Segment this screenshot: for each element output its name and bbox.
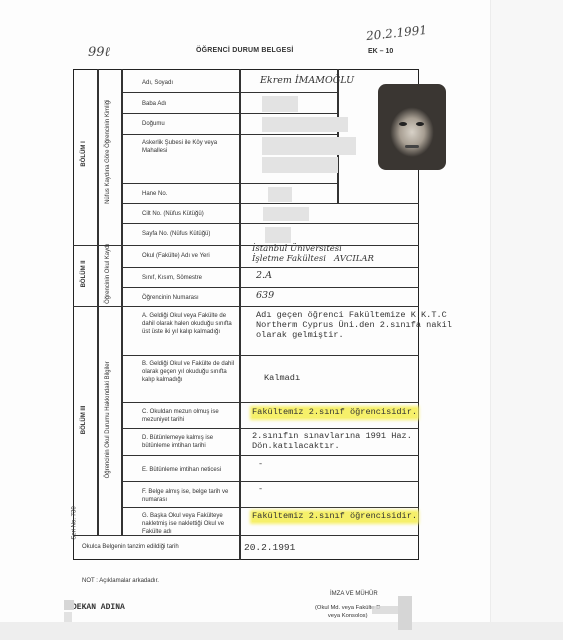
value-row-f: - bbox=[258, 485, 263, 495]
label-name: Adı, Soyadı bbox=[142, 79, 173, 87]
label-row-e: E. Bütünleme imtihan neticesi bbox=[142, 466, 221, 474]
redacted-page-no bbox=[265, 227, 291, 243]
signature-sub-line2: veya Konsolos) bbox=[315, 612, 380, 620]
redacted-father-name bbox=[262, 96, 298, 112]
redacted-house-no bbox=[268, 187, 292, 202]
label-house-no: Hane No. bbox=[142, 190, 167, 198]
label-class: Sınıf, Kısım, Sömestre bbox=[142, 274, 202, 282]
redaction-pixels-right-2 bbox=[372, 606, 400, 614]
value-student-number: 639 bbox=[256, 290, 274, 301]
label-row-c: C. Okuldan mezun olmuş ise mezuniyet tar… bbox=[142, 408, 236, 424]
value-row-a: Adı geçen öğrenci Fakültemize K.K.T.C No… bbox=[256, 311, 452, 341]
section3-label: BÖLÜM III bbox=[81, 390, 89, 450]
value-issue-date: 20.2.1991 bbox=[244, 543, 295, 554]
section1-label: BÖLÜM I bbox=[81, 124, 89, 184]
section3-sublabel: Öğrencinin Okul Durumu Hakkındaki Bilgil… bbox=[105, 340, 113, 500]
redaction-pixels-left-2 bbox=[64, 612, 72, 622]
student-photo bbox=[378, 84, 446, 170]
value-row-g-highlighted: Fakültemiz 2.sınıf öğrencisidir. bbox=[252, 512, 417, 522]
label-row-g: G. Başka Okul veya Fakülteye nakletmiş i… bbox=[142, 512, 238, 536]
redacted-birth bbox=[262, 117, 348, 132]
label-page-no: Sayfa No. (Nüfus Kütüğü) bbox=[142, 230, 210, 238]
value-row-c-highlighted: Fakültemiz 2.sınıf öğrencisidir. bbox=[252, 408, 417, 418]
signature-sub-line1: (Okul Md. veya Fakülte D bbox=[315, 604, 380, 612]
label-issue-date: Okulca Belgenin tanzim edildiği tarih bbox=[82, 543, 179, 551]
page-edge bbox=[0, 622, 563, 640]
page-margin bbox=[490, 0, 563, 640]
redaction-pixels-right bbox=[398, 596, 412, 630]
section2-sublabel: Öğrencinin Okul Kaydı bbox=[105, 244, 113, 304]
redacted-volume-no bbox=[263, 207, 309, 221]
label-student-number: Öğrencinin Numarası bbox=[142, 294, 199, 302]
label-row-b: B. Geldiği Okul ve Fakülte de dahil olar… bbox=[142, 360, 236, 384]
value-row-e: - bbox=[258, 460, 263, 470]
redacted-military-branch-1 bbox=[262, 137, 356, 155]
handwritten-number: 99ℓ bbox=[88, 44, 110, 60]
value-row-d: 2.sınıfın sınavlarına 1991 Haz. Dön.katı… bbox=[252, 432, 412, 452]
label-military-branch: Askerlik Şubesi ile Köy veya Mahallesi bbox=[142, 139, 234, 155]
value-row-b: Kalmadı bbox=[264, 374, 300, 384]
value-school-line1: İstanbul Üniversitesi bbox=[252, 244, 342, 254]
redacted-military-branch-2 bbox=[262, 157, 338, 173]
label-birth: Doğumu bbox=[142, 120, 165, 128]
serial-number: Seri No. 730 bbox=[72, 506, 78, 539]
section2-label: BÖLÜM II bbox=[81, 244, 89, 304]
signature-title: İMZA VE MÜHÜR bbox=[330, 591, 378, 597]
label-school: Okul (Fakülte) Adı ve Yeri bbox=[142, 252, 210, 260]
form-code: EK – 10 bbox=[368, 48, 393, 55]
handwritten-date: 20.2.1991 bbox=[365, 23, 427, 43]
value-name: Ekrem İMAMOĞLU bbox=[260, 75, 354, 86]
label-row-d: D. Bütünlemeye kalmış ise bütünleme imti… bbox=[142, 434, 236, 450]
signature-subtitle: (Okul Md. veya Fakülte D veya Konsolos) bbox=[315, 604, 380, 620]
dekan-signature: DEKAN ADINA bbox=[72, 603, 125, 612]
value-class: 2.A bbox=[256, 270, 272, 281]
label-father-name: Baba Adı bbox=[142, 100, 166, 108]
value-school-line2: İşletme Fakültesi AVCILAR bbox=[252, 254, 374, 264]
document-title: ÖĞRENCİ DURUM BELGESİ bbox=[196, 47, 294, 54]
redaction-pixels-left bbox=[64, 600, 74, 610]
section1-sublabel: Nüfus Kaydına Göre Öğrencinin Kimliği bbox=[105, 104, 113, 204]
label-volume-no: Cilt No. (Nüfus Kütüğü) bbox=[142, 210, 204, 218]
footer-note: NOT : Açıklamalar arkadadır. bbox=[82, 578, 159, 584]
label-row-a: A. Geldiği Okul veya Fakülte de dahil ol… bbox=[142, 312, 236, 336]
label-row-f: F. Belge almış ise, belge tarih ve numar… bbox=[142, 488, 236, 504]
